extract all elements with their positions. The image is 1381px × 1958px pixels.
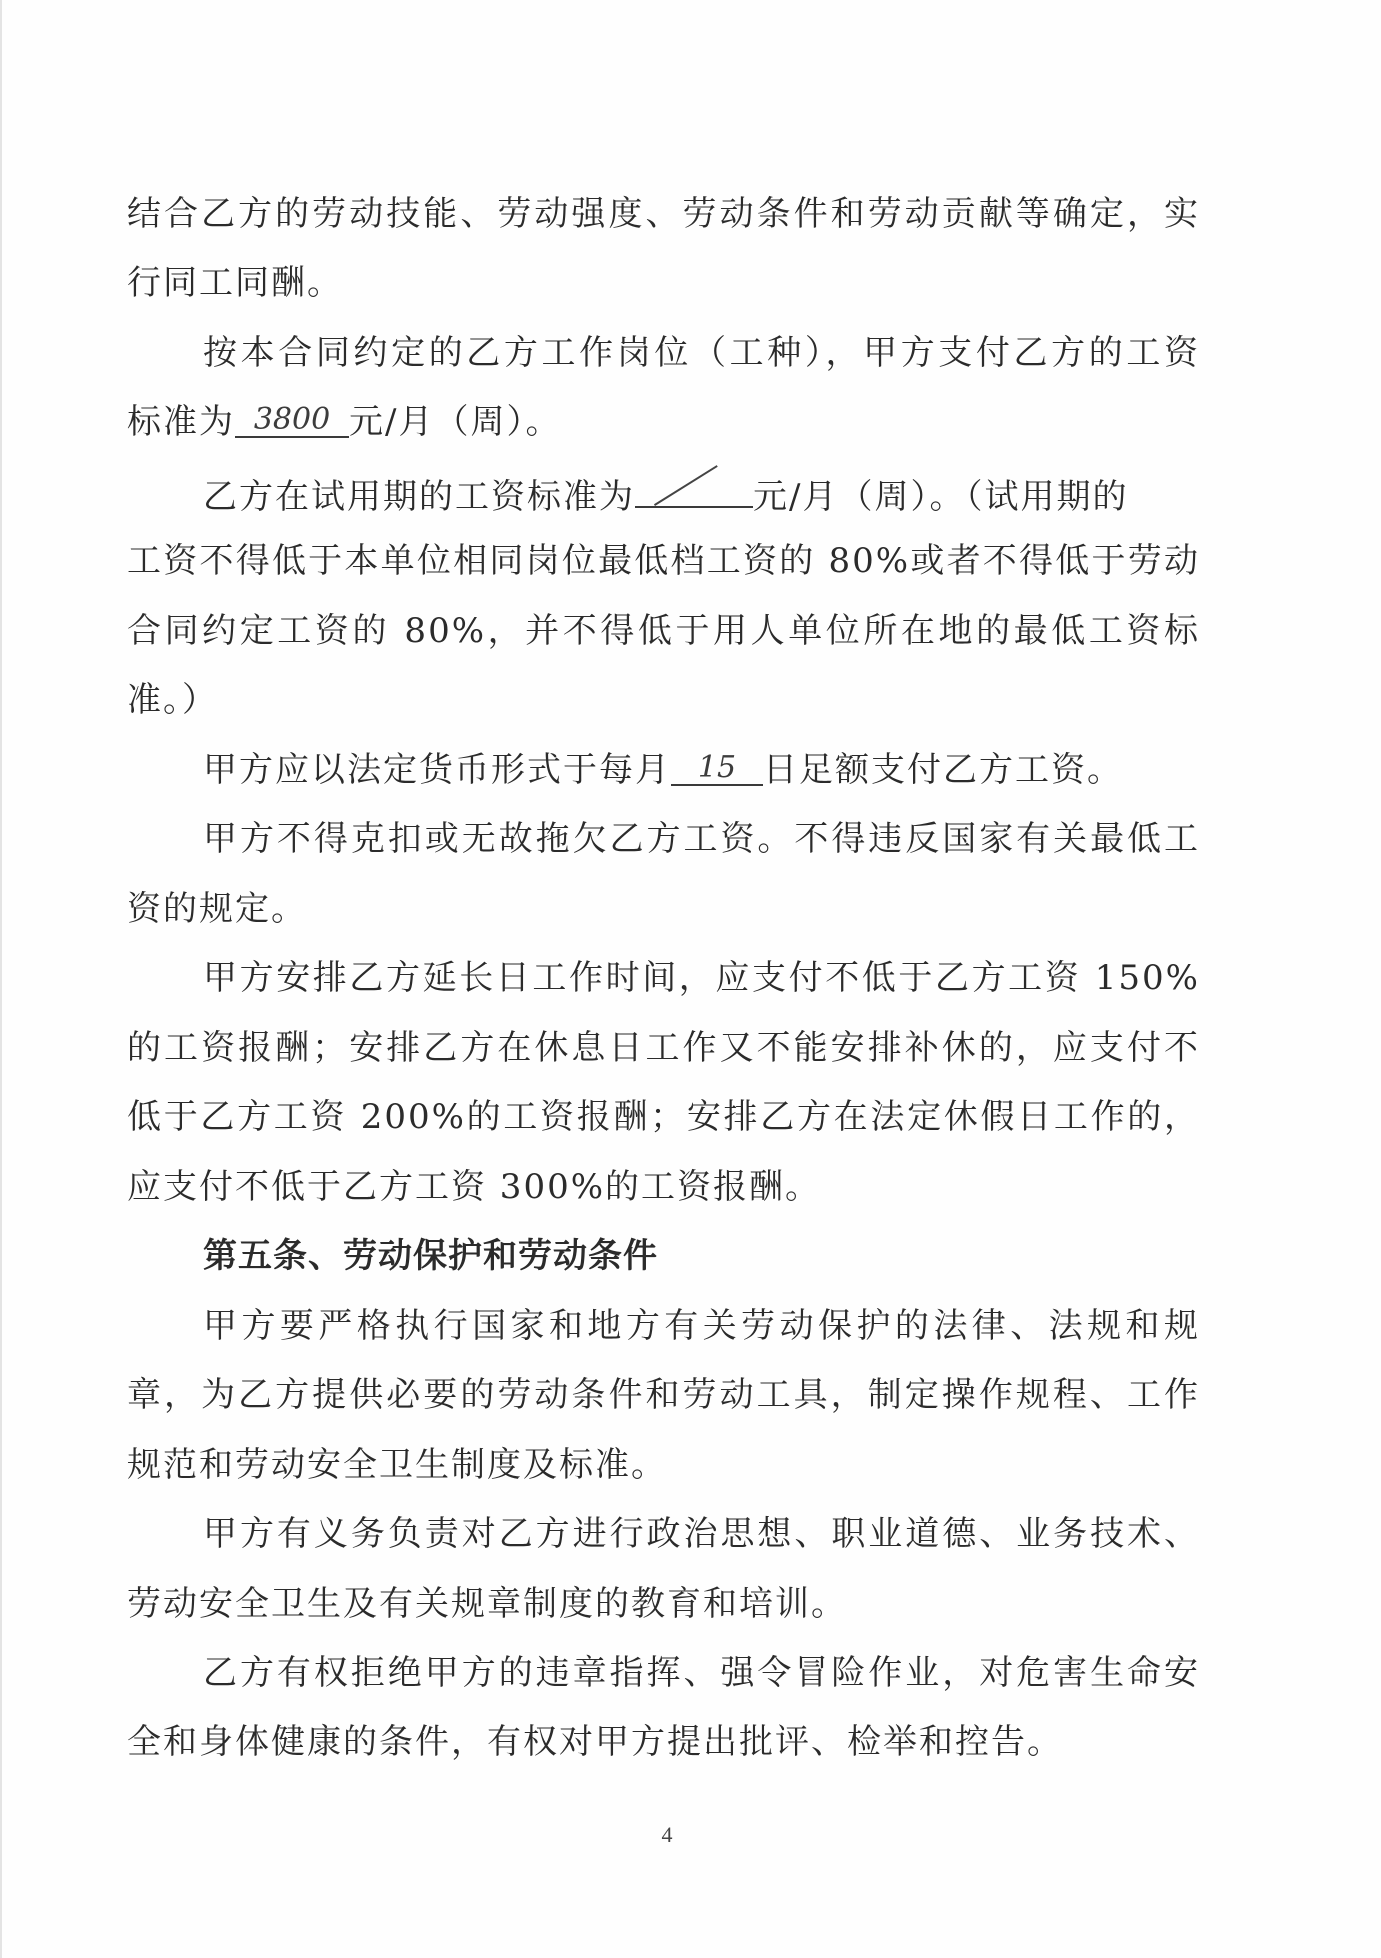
wage-standard-handwritten-value: 3800 bbox=[254, 402, 330, 437]
paragraph-line: 甲方不得克扣或无故拖欠乙方工资。不得违反国家有关最低工 bbox=[203, 819, 1200, 859]
pay-day-handwritten-value: 15 bbox=[698, 750, 736, 785]
paragraph-line: 应支付不低于乙方工资 300%的工资报酬。 bbox=[127, 1167, 1200, 1207]
paragraph-line: 甲方有义务负责对乙方进行政治思想、职业道德、业务技术、 bbox=[203, 1514, 1200, 1554]
paragraph-line: 甲方要严格执行国家和地方有关劳动保护的法律、法规和规 bbox=[203, 1306, 1200, 1346]
pay-day-line: 甲方应以法定货币形式于每月15日足额支付乙方工资。 bbox=[203, 750, 1200, 790]
trial-wage-unit: 元/月（周）。（试用期的 bbox=[753, 477, 1128, 517]
paragraph-line: 的工资报酬；安排乙方在休息日工作又不能安排补休的，应支付不 bbox=[127, 1028, 1200, 1068]
paragraph-line: 全和身体健康的条件，有权对甲方提出批评、检举和控告。 bbox=[127, 1722, 1200, 1762]
paragraph-line: 工资不得低于本单位相同岗位最低档工资的 80%或者不得低于劳动 bbox=[127, 541, 1200, 581]
wage-standard-label: 标准为 bbox=[127, 402, 235, 442]
trial-wage-line: 乙方在试用期的工资标准为元/月（周）。（试用期的 bbox=[203, 472, 1200, 512]
paragraph-line: 劳动安全卫生及有关规章制度的教育和培训。 bbox=[127, 1584, 1200, 1624]
paragraph-line: 准。） bbox=[127, 680, 1200, 720]
paragraph-line: 按本合同约定的乙方工作岗位（工种），甲方支付乙方的工资 bbox=[203, 333, 1200, 373]
paragraph-line: 规范和劳动安全卫生制度及标准。 bbox=[127, 1445, 1200, 1485]
pay-day-label: 甲方应以法定货币形式于每月 bbox=[203, 750, 671, 790]
paragraph-line: 行同工同酬。 bbox=[127, 263, 1200, 303]
paragraph-line: 资的规定。 bbox=[127, 889, 1200, 929]
document-page: 结合乙方的劳动技能、劳动强度、劳动条件和劳动贡献等确定，实 行同工同酬。 按本合… bbox=[0, 0, 1381, 1958]
pay-day-field[interactable]: 15 bbox=[671, 750, 763, 786]
wage-standard-line: 标准为3800元/月（周）。 bbox=[127, 402, 1200, 442]
wage-standard-field[interactable]: 3800 bbox=[235, 402, 349, 438]
wage-standard-unit: 元/月（周）。 bbox=[349, 402, 561, 442]
section-heading: 第五条、劳动保护和劳动条件 bbox=[203, 1236, 1200, 1276]
trial-wage-label: 乙方在试用期的工资标准为 bbox=[203, 477, 635, 517]
paragraph-line: 甲方安排乙方延长日工作时间，应支付不低于乙方工资 150% bbox=[203, 958, 1200, 998]
slash-mark-icon bbox=[654, 465, 718, 506]
paragraph-line: 合同约定工资的 80%，并不得低于用人单位所在地的最低工资标 bbox=[127, 611, 1200, 651]
paragraph-line: 章，为乙方提供必要的劳动条件和劳动工具，制定操作规程、工作 bbox=[127, 1375, 1200, 1415]
paragraph-line: 乙方有权拒绝甲方的违章指挥、强令冒险作业，对危害生命安 bbox=[203, 1653, 1200, 1693]
paragraph-line: 低于乙方工资 200%的工资报酬；安排乙方在法定休假日工作的， bbox=[127, 1097, 1200, 1137]
page-number: 4 bbox=[657, 1822, 677, 1848]
scan-edge bbox=[0, 0, 2, 1958]
paragraph-line: 结合乙方的劳动技能、劳动强度、劳动条件和劳动贡献等确定，实 bbox=[127, 194, 1200, 234]
trial-wage-field[interactable] bbox=[635, 472, 753, 508]
pay-day-suffix: 日足额支付乙方工资。 bbox=[763, 750, 1123, 790]
